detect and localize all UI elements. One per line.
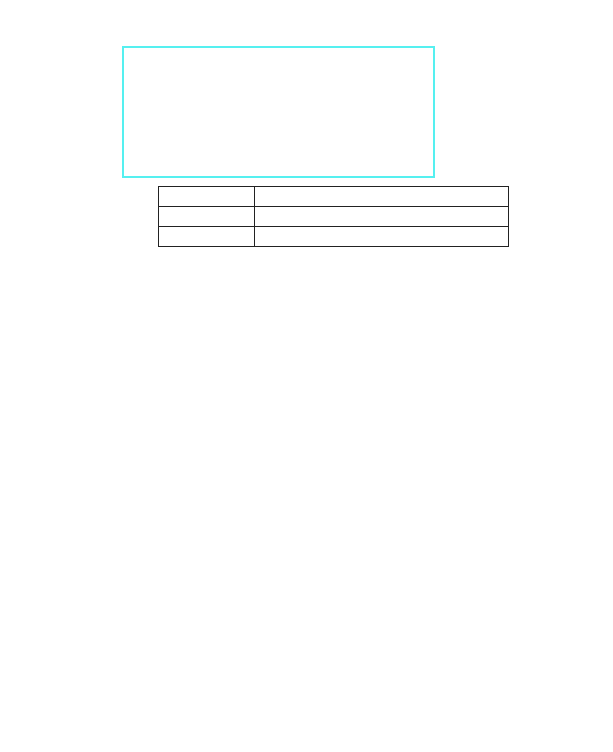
applicant-info-table (158, 186, 509, 247)
furigana-value-cell (255, 187, 509, 207)
table-row-email (159, 227, 509, 247)
registration-application-example-page (0, 0, 613, 752)
reception-seal-space-box (122, 46, 435, 178)
example-heading-row (0, 0, 613, 36)
table-row-birthdate (159, 207, 509, 227)
email-label-cell (159, 227, 255, 247)
email-value-cell (255, 227, 509, 247)
birthdate-label-cell (159, 207, 255, 227)
table-row-name-furigana (159, 187, 509, 207)
birthdate-value-cell (255, 207, 509, 227)
furigana-label-cell (159, 187, 255, 207)
